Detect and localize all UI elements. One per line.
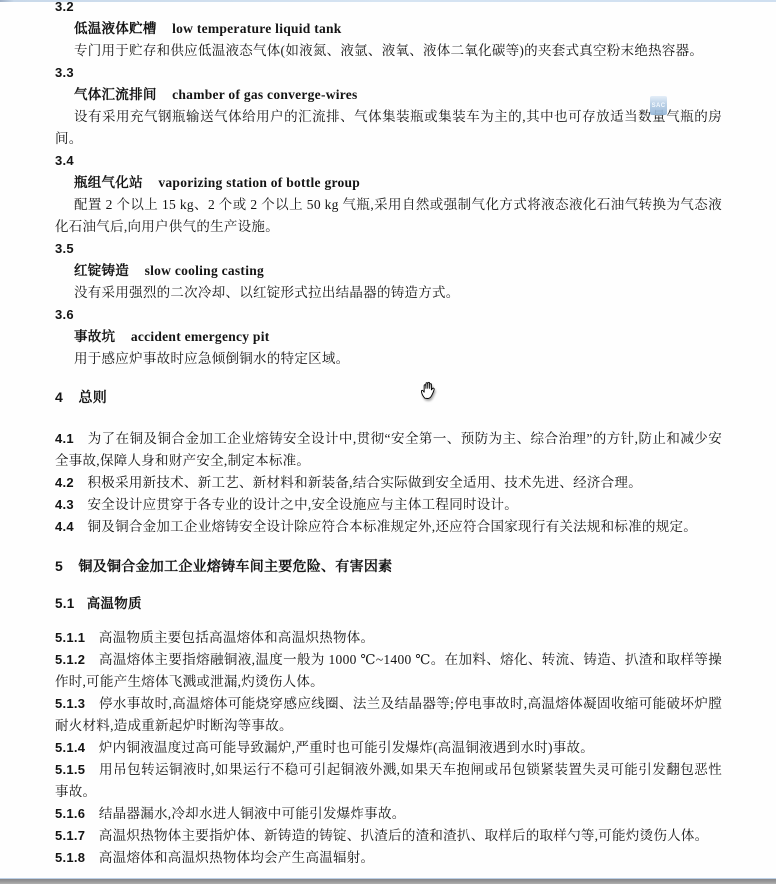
term-zh: 低温液体贮槽 <box>74 21 157 36</box>
clause-number: 5.1.6 <box>55 806 85 821</box>
clause-5-1-6: 5.1.6结晶器漏水,冷却水进人铜液中可能引发爆炸事故。 <box>55 803 722 825</box>
term-zh: 事故坑 <box>74 329 115 344</box>
term-en: slow cooling casting <box>145 263 264 278</box>
clause-number: 4.3 <box>55 497 74 512</box>
section-5-heading: 5铜及铜合金加工企业熔铸车间主要危险、有害因素 <box>55 555 722 577</box>
term-block-3-3: 3.3 气体汇流排间chamber of gas converge-wires … <box>55 62 722 150</box>
clause-number: 4.2 <box>55 475 74 490</box>
term-definition: 配置 2 个以上 15 kg、2 个或 2 个以上 50 kg 气瓶,采用自然或… <box>55 194 722 238</box>
hand-grab-cursor-icon <box>418 378 438 400</box>
section-5-1-heading: 5.1高温物质 <box>55 593 722 615</box>
term-en: chamber of gas converge-wires <box>172 87 357 102</box>
term-block-3-2: 3.2 低温液体贮槽low temperature liquid tank 专门… <box>55 0 722 62</box>
page-bottom-edge-bar <box>0 878 776 884</box>
term-definition: 专门用于贮存和供应低温液态气体(如液氮、液氩、液氧、液体二氧化碳等)的夹套式真空… <box>55 40 722 62</box>
clause-5-1-2: 5.1.2高温熔体主要指熔融铜液,温度一般为 1000 ℃~1400 ℃。在加料… <box>55 649 722 693</box>
clause-4-1: 4.1为了在铜及铜合金加工企业熔铸安全设计中,贯彻“安全第一、预防为主、综合治理… <box>55 428 722 472</box>
clause-4-4: 4.4铜及铜合金加工企业熔铸安全设计除应符合本标准规定外,还应符合国家现行有关法… <box>55 516 722 538</box>
clause-5-1-1: 5.1.1高温物质主要包括高温熔体和高温炽热物体。 <box>55 627 722 649</box>
term-number: 3.6 <box>55 304 722 326</box>
clause-text: 结晶器漏水,冷却水进人铜液中可能引发爆炸事故。 <box>99 806 406 821</box>
term-heading: 气体汇流排间chamber of gas converge-wires <box>55 84 722 106</box>
clause-5-1-4: 5.1.4炉内铜液温度过高可能导致漏炉,严重时也可能引发爆炸(高温铜液遇到水时)… <box>55 737 722 759</box>
term-zh: 气体汇流排间 <box>74 87 157 102</box>
term-en: low temperature liquid tank <box>172 21 341 36</box>
term-definition: 没有采用强烈的二次冷却、以红锭形式拉出结晶器的铸造方式。 <box>55 282 722 304</box>
clause-number: 4.1 <box>55 431 74 446</box>
term-number: 3.4 <box>55 150 722 172</box>
term-heading: 瓶组气化站vaporizing station of bottle group <box>55 172 722 194</box>
clause-5-1-7: 5.1.7高温炽热物体主要指炉体、新铸造的铸锭、扒渣后的渣和渣扒、取样后的取样勺… <box>55 825 722 847</box>
clause-text: 炉内铜液温度过高可能导致漏炉,严重时也可能引发爆炸(高温铜液遇到水时)事故。 <box>99 740 594 755</box>
term-heading: 低温液体贮槽low temperature liquid tank <box>55 18 722 40</box>
clause-number: 5.1.3 <box>55 696 85 711</box>
clause-text: 高温熔体和高温炽热物体均会产生高温辐射。 <box>99 850 374 865</box>
term-definition: 设有采用充气钢瓶输送气体给用户的汇流排、气体集装瓶或集装车为主的,其中也可存放适… <box>55 106 722 150</box>
clause-5-1-5: 5.1.5用吊包转运铜液时,如果运行不稳可引起铜液外溅,如果天车抱闸或吊包锁紧装… <box>55 759 722 803</box>
term-heading: 红锭铸造slow cooling casting <box>55 260 722 282</box>
term-number: 3.5 <box>55 238 722 260</box>
document-page[interactable]: 3.2 低温液体贮槽low temperature liquid tank 专门… <box>0 0 776 884</box>
clause-number: 5.1.2 <box>55 652 85 667</box>
term-en: accident emergency pit <box>131 329 270 344</box>
term-zh: 瓶组气化站 <box>74 175 143 190</box>
clause-number: 4.4 <box>55 519 74 534</box>
clause-4-2: 4.2积极采用新技术、新工艺、新材料和新装备,结合实际做到安全适用、技术先进、经… <box>55 472 722 494</box>
clause-text: 停水事故时,高温熔体可能烧穿感应线圈、法兰及结晶器等;停电事故时,高温熔体凝固收… <box>55 696 722 733</box>
clause-5-1-3: 5.1.3停水事故时,高温熔体可能烧穿感应线圈、法兰及结晶器等;停电事故时,高温… <box>55 693 722 737</box>
term-number: 3.3 <box>55 62 722 84</box>
section-number: 4 <box>55 389 63 405</box>
clause-number: 5.1.8 <box>55 850 85 865</box>
clause-text: 安全设计应贯穿于各专业的设计之中,安全设施应与主体工程同时设计。 <box>88 497 519 512</box>
clause-number: 5.1.7 <box>55 828 85 843</box>
term-heading: 事故坑accident emergency pit <box>55 326 722 348</box>
term-block-3-6: 3.6 事故坑accident emergency pit 用于感应炉事故时应急… <box>55 304 722 370</box>
section-number: 5 <box>55 558 63 574</box>
clause-text: 为了在铜及铜合金加工企业熔铸安全设计中,贯彻“安全第一、预防为主、综合治理”的方… <box>55 431 722 468</box>
term-definition: 用于感应炉事故时应急倾倒铜水的特定区域。 <box>55 348 722 370</box>
subsection-number: 5.1 <box>55 596 75 611</box>
term-en: vaporizing station of bottle group <box>158 175 360 190</box>
clause-5-1-8: 5.1.8高温熔体和高温炽热物体均会产生高温辐射。 <box>55 847 722 869</box>
section-title: 铜及铜合金加工企业熔铸车间主要危险、有害因素 <box>78 558 392 574</box>
section-title: 总则 <box>78 389 107 405</box>
clause-text: 用吊包转运铜液时,如果运行不稳可引起铜液外溅,如果天车抱闸或吊包锁紧装置失灵可能… <box>55 762 722 799</box>
term-block-3-5: 3.5 红锭铸造slow cooling casting 没有采用强烈的二次冷却… <box>55 238 722 304</box>
clause-text: 高温炽热物体主要指炉体、新铸造的铸锭、扒渣后的渣和渣扒、取样后的取样勺等,可能灼… <box>99 828 709 843</box>
clause-text: 高温熔体主要指熔融铜液,温度一般为 1000 ℃~1400 ℃。在加料、熔化、转… <box>55 652 722 689</box>
clause-4-3: 4.3安全设计应贯穿于各专业的设计之中,安全设施应与主体工程同时设计。 <box>55 494 722 516</box>
clause-text: 铜及铜合金加工企业熔铸安全设计除应符合本标准规定外,还应符合国家现行有关法规和标… <box>88 519 698 534</box>
clause-text: 积极采用新技术、新工艺、新材料和新装备,结合实际做到安全适用、技术先进、经济合理… <box>88 475 642 490</box>
clause-number: 5.1.4 <box>55 740 85 755</box>
clause-number: 5.1.1 <box>55 630 85 645</box>
document-content: 3.2 低温液体贮槽low temperature liquid tank 专门… <box>0 0 776 869</box>
section-4-heading: 4总则 <box>55 386 722 408</box>
sac-watermark-logo: SAC <box>650 96 667 115</box>
clause-text: 高温物质主要包括高温熔体和高温炽热物体。 <box>99 630 374 645</box>
clause-number: 5.1.5 <box>55 762 85 777</box>
subsection-title: 高温物质 <box>87 596 142 611</box>
term-number: 3.2 <box>55 0 722 18</box>
term-zh: 红锭铸造 <box>74 263 129 278</box>
term-block-3-4: 3.4 瓶组气化站vaporizing station of bottle gr… <box>55 150 722 238</box>
